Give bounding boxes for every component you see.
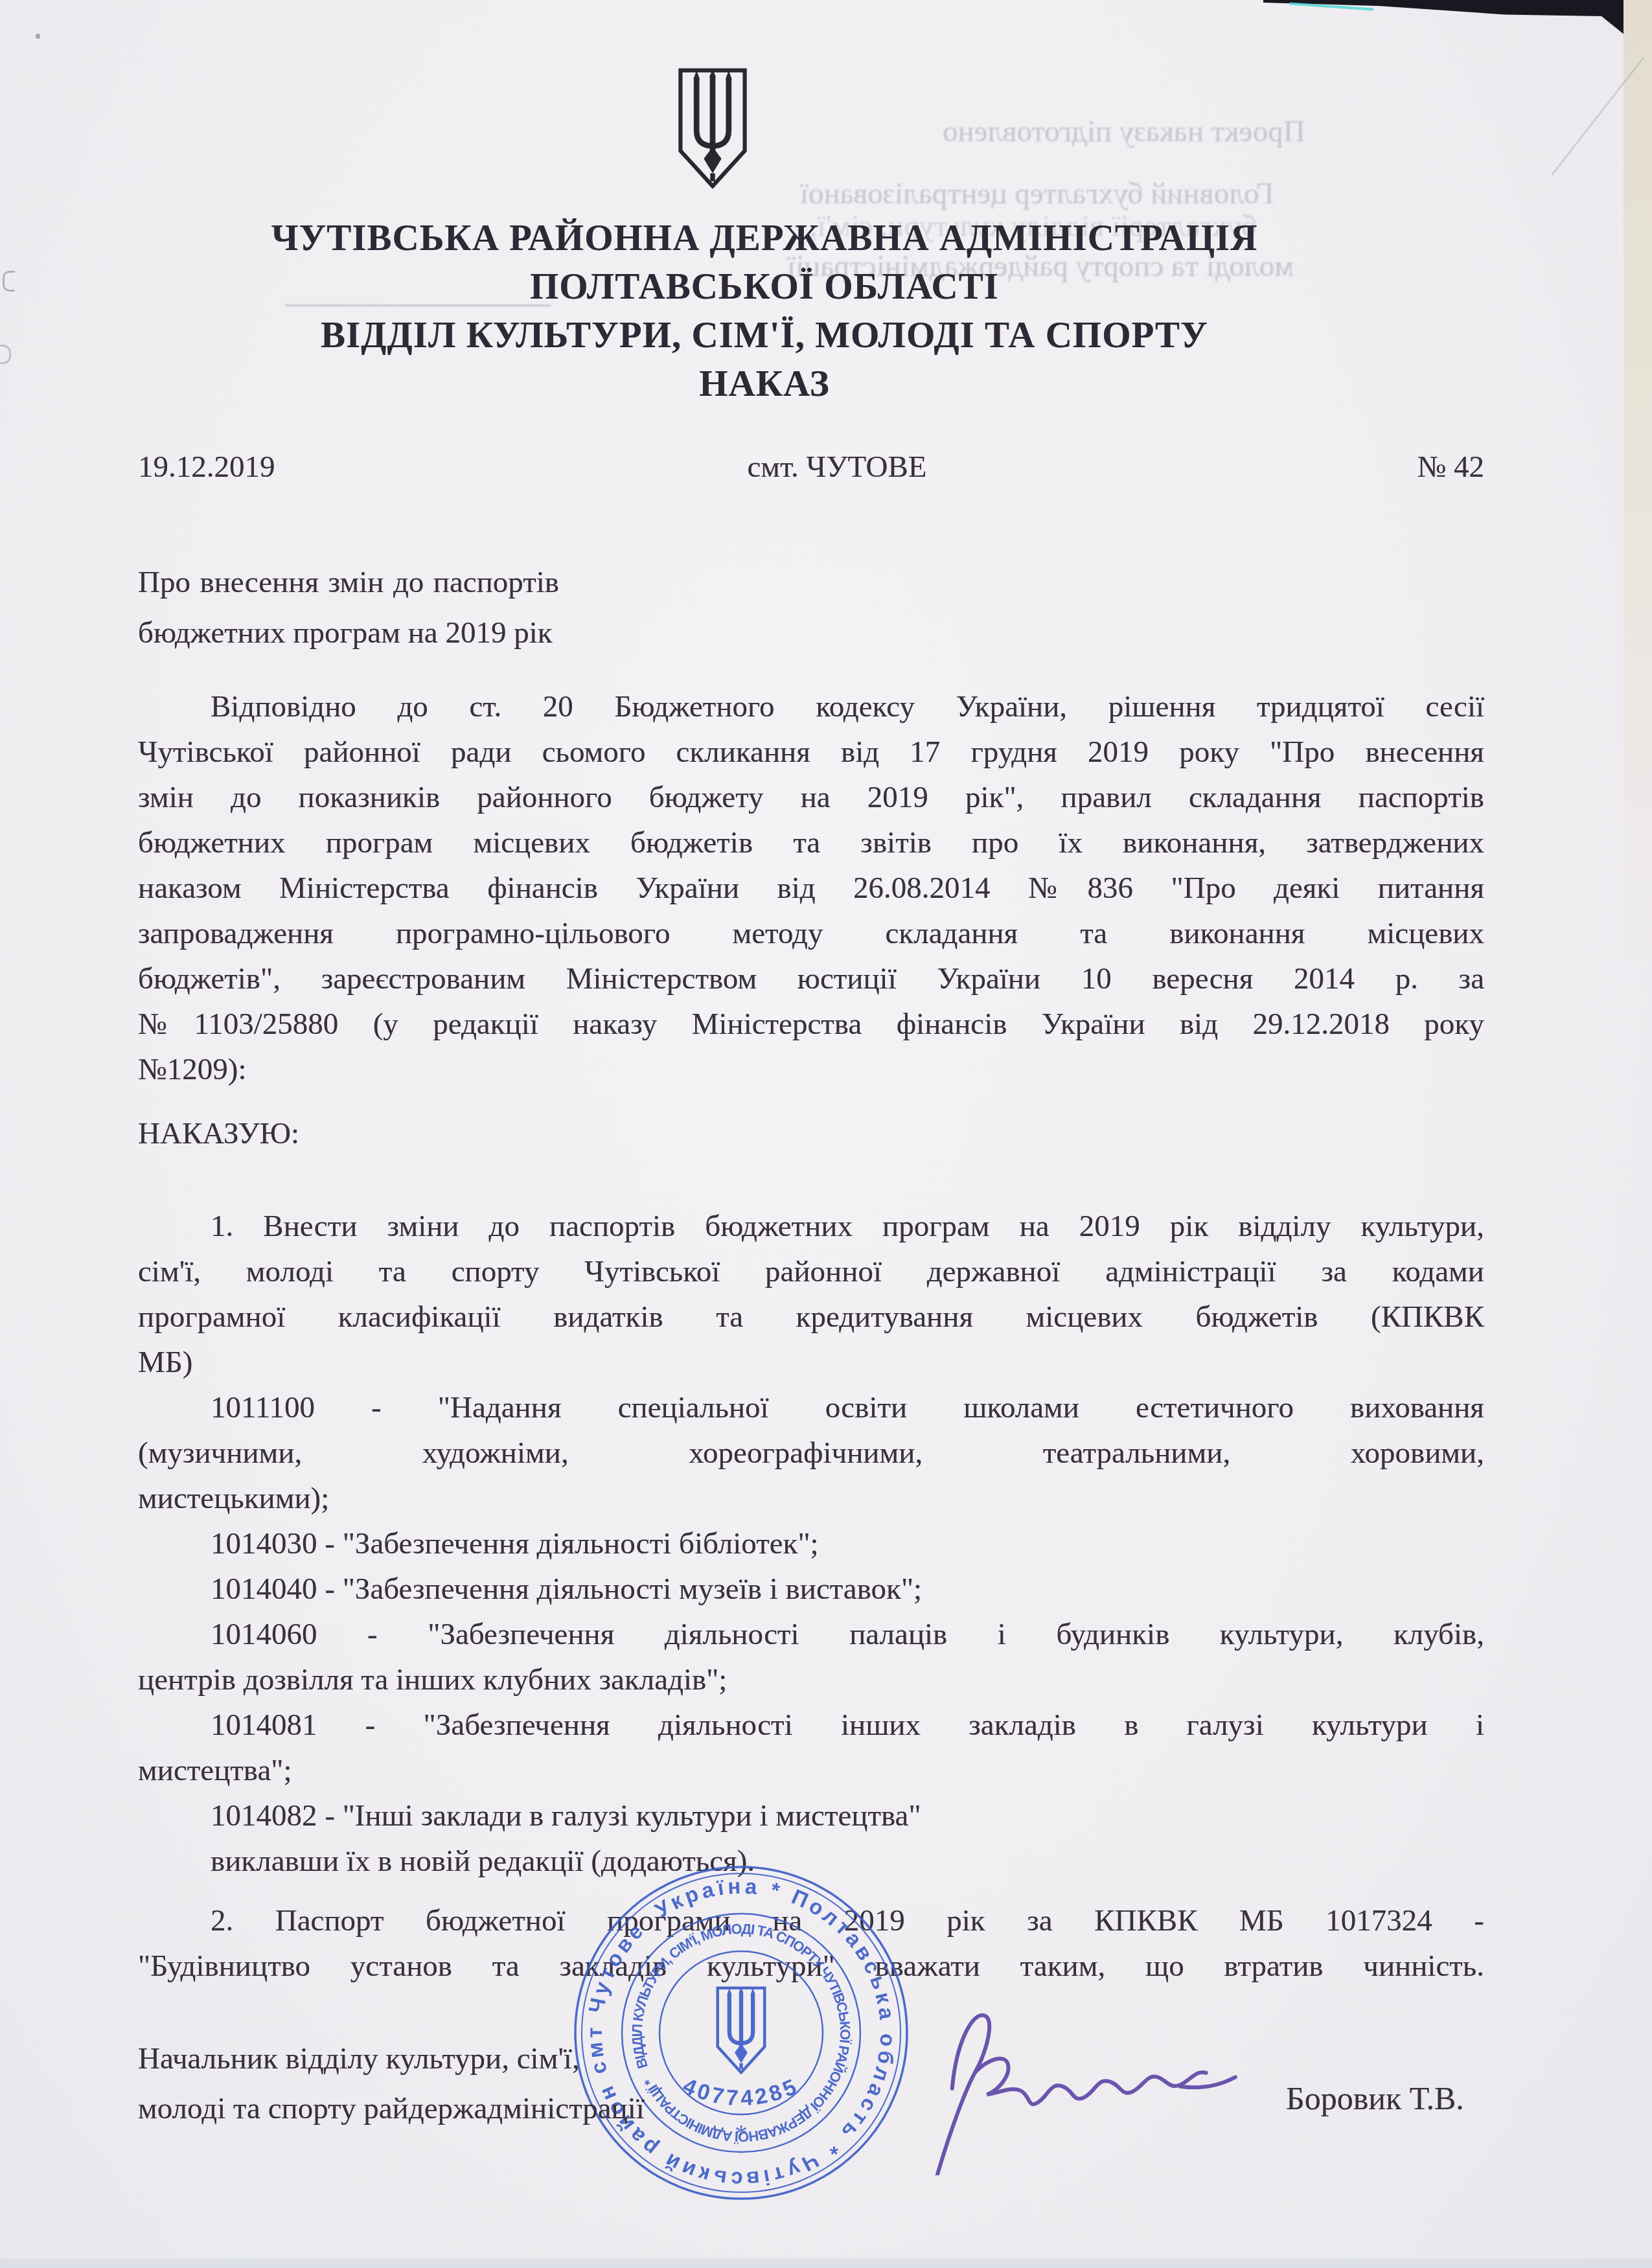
signatory-name: Боровик Т.В. xyxy=(1286,2079,1464,2117)
document-type-title: НАКАЗ xyxy=(0,360,1529,408)
program-1014060: 1014060 - "Забезпечення діяльності палац… xyxy=(138,1612,1484,1657)
stamp-trident-icon xyxy=(718,1987,765,2072)
svg-text:40774285: 40774285 xyxy=(680,2074,803,2111)
program-1011100: 1011100 - "Надання спеціальної освіти шк… xyxy=(138,1385,1484,1430)
program-1014030: 1014030 - "Забезпечення діяльності біблі… xyxy=(138,1521,1484,1566)
program-1014060-end: центрів дозвілля та інших клубних заклад… xyxy=(138,1657,1484,1702)
preamble-paragraph: Відповідно до ст. 20 Бюджетного кодексу … xyxy=(138,684,1484,1092)
order-word: НАКАЗУЮ: xyxy=(138,1116,299,1151)
program-1014040: 1014040 - "Забезпечення діяльності музеї… xyxy=(138,1566,1484,1612)
bleedthrough-text: Проект наказу підготовлено xyxy=(943,114,1305,149)
position-line2: молоді та спорту райдержадміністрації xyxy=(138,2084,645,2134)
program-1014081: 1014081 - "Забезпечення діяльності інших… xyxy=(138,1702,1484,1748)
signatory-position: Начальник відділу культури, сім'ї, молод… xyxy=(138,2034,645,2134)
preamble-line: запровадження програмно-цільового методу… xyxy=(138,911,1484,956)
meta-row: 19.12.2019 смт. ЧУТОВЕ № 42 xyxy=(138,450,1484,485)
coat-of-arms-trident-icon xyxy=(672,60,753,197)
program-1011100-end: мистецькими); xyxy=(138,1476,1484,1521)
subject-line1: Про внесення змін до паспортів xyxy=(138,557,559,608)
document-subject: Про внесення змін до паспортів бюджетних… xyxy=(138,557,559,658)
item1-line: програмної класифікації видатків та кред… xyxy=(138,1294,1484,1340)
preamble-line: змін до показників районного бюджету на … xyxy=(138,775,1484,820)
org-name-line3: ВІДДІЛ КУЛЬТУРИ, СІМ'Ї, МОЛОДІ ТА СПОРТУ xyxy=(0,311,1529,360)
document-date: 19.12.2019 xyxy=(138,450,721,485)
preamble-line: наказом Міністерства фінансів України ві… xyxy=(138,865,1484,911)
document-number: № 42 xyxy=(901,450,1484,485)
handwritten-signature xyxy=(901,1987,1276,2175)
stamp-edrpou-code: 40774285 xyxy=(680,2074,803,2111)
org-name-line2: ПОЛТАВСЬКОЇ ОБЛАСТІ xyxy=(0,262,1529,311)
preamble-line: №1209): xyxy=(138,1047,1484,1092)
preamble-line: бюджетних програм місцевих бюджетів та з… xyxy=(138,820,1484,865)
subject-line2: бюджетних програм на 2019 рік xyxy=(138,608,559,658)
preamble-line: бюджетів", зареєстрованим Міністерством … xyxy=(138,956,1484,1002)
item1-line: МБ) xyxy=(138,1340,1484,1385)
preamble-line: №1103/25880 (у редакції наказу Міністерс… xyxy=(138,1002,1484,1047)
org-name-line1: ЧУТІВСЬКА РАЙОННА ДЕРЖАВНА АДМІНІСТРАЦІЯ xyxy=(0,214,1529,262)
program-1014082: 1014082 - "Інші заклади в галузі культур… xyxy=(138,1793,1484,1838)
item1-line: 1. Внести зміни до паспортів бюджетних п… xyxy=(138,1204,1484,1249)
scan-bottom-strip xyxy=(0,2258,1652,2268)
program-1011100-cont: (музичними, художніми, хореографічними, … xyxy=(138,1430,1484,1476)
order-item-1: 1. Внести зміни до паспортів бюджетних п… xyxy=(138,1204,1484,1385)
position-line1: Начальник відділу культури, сім'ї, xyxy=(138,2034,645,2084)
preamble-line: Відповідно до ст. 20 Бюджетного кодексу … xyxy=(138,684,1484,729)
document-place: смт. ЧУТОВЕ xyxy=(747,450,926,485)
scanned-order-document: Проект наказу підготовлено Головний бухг… xyxy=(0,0,1652,2268)
program-code-list: 1011100 - "Надання спеціальної освіти шк… xyxy=(138,1385,1484,1884)
official-round-stamp: Україна * Полтавська область * Чутівськи… xyxy=(569,1861,913,2205)
stamp-asterisk: * xyxy=(735,2119,748,2148)
item1-line: сім'ї, молоді та спорту Чутівської район… xyxy=(138,1249,1484,1294)
paper-edge-shadow xyxy=(1623,0,1652,972)
scan-speck xyxy=(36,34,40,39)
bleedthrough-text: Головний бухгалтер централізованої xyxy=(800,176,1274,211)
preamble-line: Чутівської районної ради сьомого скликан… xyxy=(138,729,1484,775)
program-1014081-end: мистецтва"; xyxy=(138,1748,1484,1793)
document-header: ЧУТІВСЬКА РАЙОННА ДЕРЖАВНА АДМІНІСТРАЦІЯ… xyxy=(0,214,1529,408)
